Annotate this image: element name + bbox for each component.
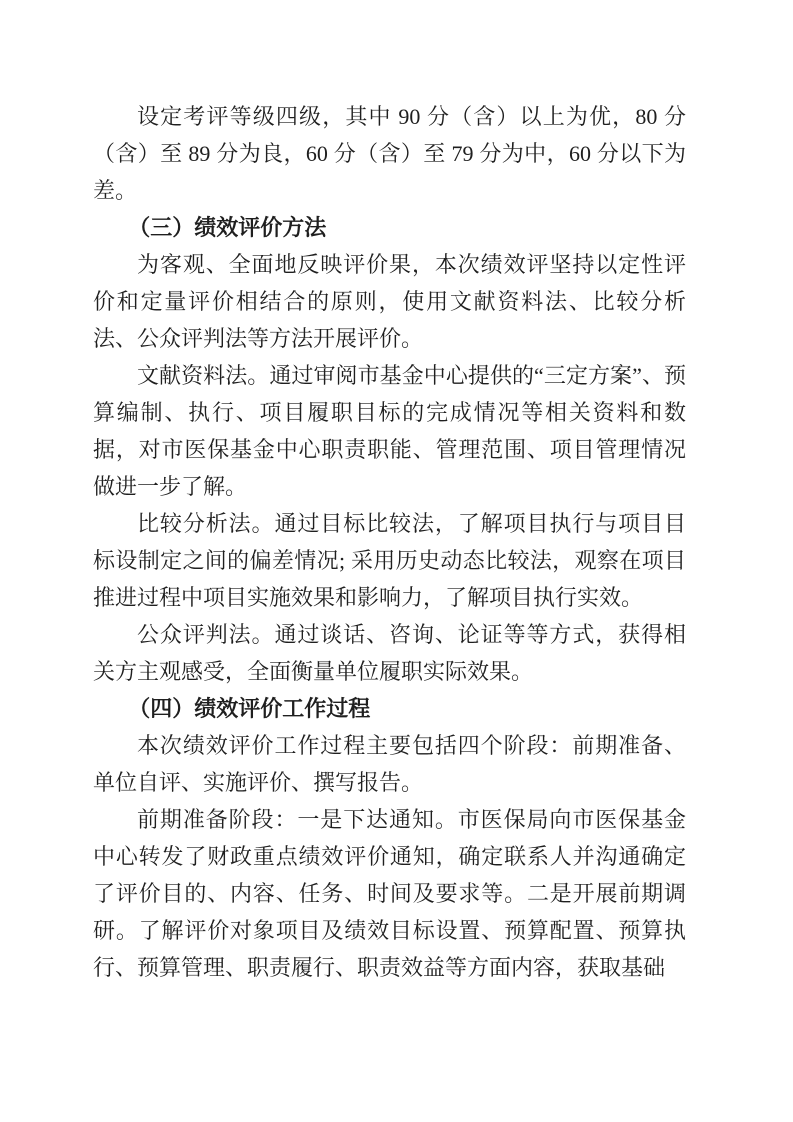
paragraph-grading-levels: 设定考评等级四级，其中 90 分（含）以上为优，80 分（含）至 89 分为良，… xyxy=(93,98,686,209)
document-page: 设定考评等级四级，其中 90 分（含）以上为优，80 分（含）至 89 分为良，… xyxy=(0,0,793,1122)
paragraph-method-overview: 为客观、全面地反映评价果，本次绩效评坚持以定性评价和定量评价相结合的原则，使用文… xyxy=(93,246,686,357)
page-content: 设定考评等级四级，其中 90 分（含）以上为优，80 分（含）至 89 分为良，… xyxy=(93,98,686,986)
paragraph-comparison-method: 比较分析法。通过目标比较法，了解项目执行与项目目标设制定之间的偏差情况; 采用历… xyxy=(93,505,686,616)
paragraph-literature-method: 文献资料法。通过审阅市基金中心提供的“三定方案”、预算编制、执行、项目履职目标的… xyxy=(93,357,686,505)
paragraph-public-judgment: 公众评判法。通过谈话、咨询、论证等等方式，获得相关方主观感受，全面衡量单位履职实… xyxy=(93,616,686,690)
section-heading-4-process: （四）绩效评价工作过程 xyxy=(93,690,686,727)
section-heading-3-methods: （三）绩效评价方法 xyxy=(93,209,686,246)
paragraph-preparation-stage: 前期准备阶段：一是下达通知。市医保局向市医保基金中心转发了财政重点绩效评价通知，… xyxy=(93,801,686,986)
paragraph-process-stages: 本次绩效评价工作过程主要包括四个阶段：前期准备、单位自评、实施评价、撰写报告。 xyxy=(93,727,686,801)
